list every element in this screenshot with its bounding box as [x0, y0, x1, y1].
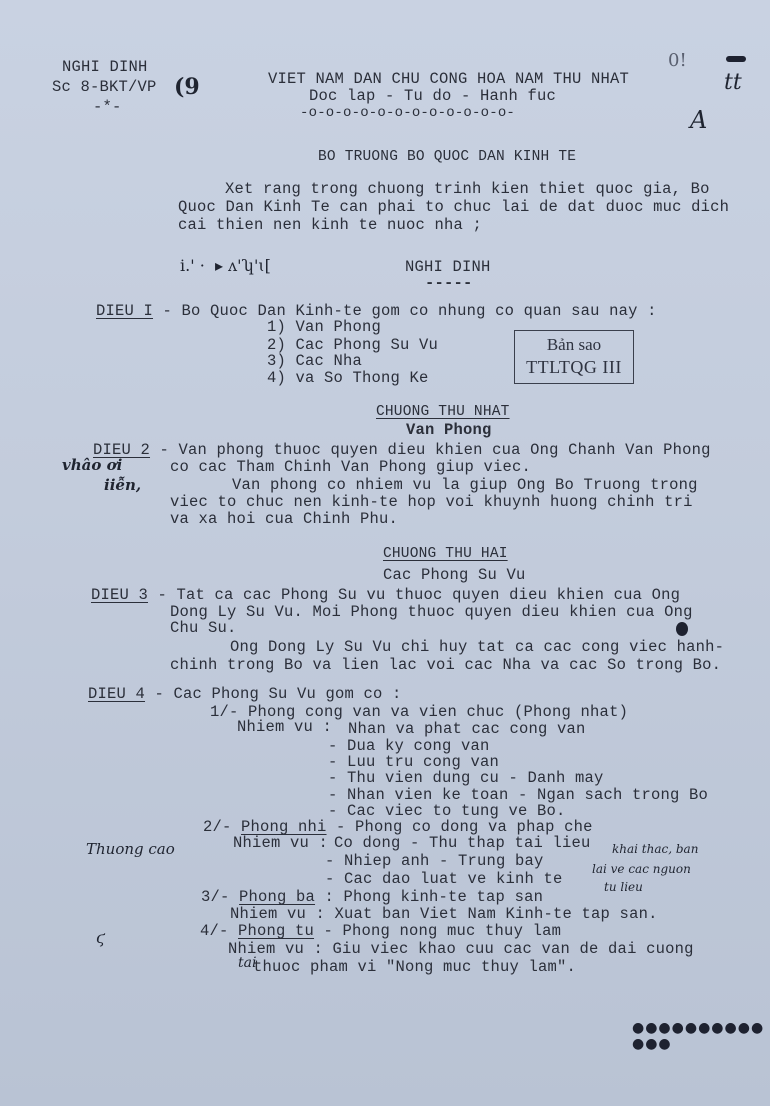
office-2-duty-2: - Nhiep anh - Trung bay — [325, 852, 544, 870]
country-name: VIET NAM DAN CHU CONG HOA NAM THU NHAT — [268, 70, 629, 88]
article-2-line-5: va xa hoi cua Chinh Phu. — [170, 510, 398, 528]
handwritten-note-right-2: lai ve cac nguon — [592, 862, 691, 876]
article-3-label: DIEU 3 — [91, 586, 148, 604]
article-3-line-1: DIEU 3 - Tat ca cac Phong Su vu thuoc qu… — [91, 586, 680, 604]
office-3-duties: Nhiem vu : Xuat ban Viet Nam Kinh-te tap… — [230, 905, 658, 923]
article-3-line-2: Dong Ly Su Vu. Moi Phong thuoc quyen die… — [170, 603, 693, 621]
preamble-line-1: Xet rang trong chuong trinh kien thiet q… — [225, 180, 710, 198]
article-3-line-3: Chu Su. — [170, 619, 237, 637]
header-divider: -o-o-o-o-o-o-o-o-o-o-o-o- — [300, 104, 515, 122]
office-3-name: Phong ba — [239, 888, 315, 906]
archive-copy-stamp: Bản sao TTLTQG III — [514, 330, 634, 384]
handwritten-scribble: i.' · ▸ ʌ'ʮ'ɩ[ — [180, 256, 271, 275]
continuation-dots: ●●●●●●●●●● ●●● — [632, 1020, 770, 1052]
article-2-line-2: co cac Tham Chinh Van Phong giup viec. — [170, 458, 531, 476]
office-3-desc: : Phong kinh-te tap san — [315, 888, 543, 906]
ink-smudge — [726, 56, 746, 62]
handwritten-note-bottom-left: tai — [238, 955, 256, 971]
office-4-duties-line-1: Nhiem vu : Giu viec khao cuu cac van de … — [228, 940, 694, 958]
office-4-name: Phong tu — [238, 922, 314, 940]
article-3-line-5: chinh trong Bo va lien lac voi cac Nha v… — [170, 656, 721, 674]
office-2-duty-1: Co dong - Thu thap tai lieu — [334, 834, 591, 852]
decree-type: NGHI DINH — [62, 58, 148, 76]
office-4-title: 4/- Phong tu - Phong nong muc thuy lam — [200, 922, 561, 940]
national-motto: Doc lap - Tu do - Hanh fuc — [309, 87, 556, 105]
handwritten-margin-note-thuong-cao: Thuong cao — [86, 840, 175, 858]
annotation-mark-3: A — [690, 106, 707, 134]
office-4-duties-line-2: thuoc pham vi "Nong muc thuy lam". — [253, 958, 576, 976]
preamble-line-2: Quoc Dan Kinh Te can phai to chuc lai de… — [178, 198, 729, 216]
issuing-authority: BO TRUONG BO QUOC DAN KINH TE — [318, 148, 576, 166]
article-4-intro: DIEU 4 - Cac Phong Su Vu gom co : — [88, 685, 402, 703]
chapter-1-subtitle: Van Phong — [406, 421, 492, 439]
ink-blot — [676, 622, 688, 636]
stamp-line-2: TTLTQG III — [515, 356, 633, 378]
handwritten-tick-mark: ϛ — [96, 928, 105, 947]
article-1-text: - Bo Quoc Dan Kinh-te gom co nhung co qu… — [153, 302, 657, 320]
article-2-line-1: DIEU 2 - Van phong thuoc quyen dieu khie… — [93, 441, 711, 459]
office-2-duty-3: - Cac dao luat ve kinh te — [325, 870, 563, 888]
office-1-duties-label: Nhiem vu : — [237, 718, 332, 736]
annotation-mark-1: 0! — [668, 50, 687, 71]
article-1-item-3: 3) Cac Nha — [267, 352, 362, 370]
handwritten-note-right-1: khai thac, ban — [612, 842, 698, 856]
article-1-item-1: 1) Van Phong — [267, 318, 381, 336]
article-1-label: DIEU I — [96, 302, 153, 320]
decree-heading-rule: ----- — [425, 274, 473, 292]
handwritten-number-mark: (9 — [174, 74, 200, 100]
annotation-mark-2: tt — [724, 70, 742, 95]
article-2-text: - Van phong thuoc quyen dieu khien cua O… — [150, 441, 711, 459]
header-ornament: -*- — [93, 98, 122, 116]
article-2-line-4: viec to chuc nen kinh-te hop voi khuynh … — [170, 493, 693, 511]
office-3-number: 3/- — [201, 888, 239, 906]
article-3-text: - Tat ca cac Phong Su vu thuoc quyen die… — [148, 586, 680, 604]
chapter-2-subtitle: Cac Phong Su Vu — [383, 566, 526, 584]
office-4-desc: - Phong nong muc thuy lam — [314, 922, 561, 940]
handwritten-note-right-3: tu lieu — [604, 880, 643, 894]
office-1-duty-4: - Thu vien dung cu - Danh may — [328, 769, 604, 787]
article-1-item-4: 4) va So Thong Ke — [267, 369, 429, 387]
handwritten-margin-note-1: vhâo ơi — [62, 456, 122, 474]
decree-number: Sc 8-BKT/VP — [52, 78, 157, 96]
office-1-duty-1: Nhan va phat cac cong van — [348, 720, 586, 738]
office-2-duties-label: Nhiem vu : — [233, 834, 328, 852]
article-2-line-3: Van phong co nhiem vu la giup Ong Bo Tru… — [232, 476, 698, 494]
chapter-2-title: CHUONG THU HAI — [383, 545, 508, 563]
office-3-title: 3/- Phong ba : Phong kinh-te tap san — [201, 888, 543, 906]
preamble-line-3: cai thien nen kinh te nuoc nha ; — [178, 216, 482, 234]
article-4-label: DIEU 4 — [88, 685, 145, 703]
handwritten-margin-note-2: iiễn, — [104, 476, 141, 494]
stamp-line-1: Bản sao — [515, 334, 633, 356]
office-4-number: 4/- — [200, 922, 238, 940]
article-4-text: - Cac Phong Su Vu gom co : — [145, 685, 402, 703]
chapter-1-title: CHUONG THU NHAT — [376, 403, 510, 421]
article-3-line-4: Ong Dong Ly Su Vu chi huy tat ca cac con… — [230, 638, 724, 656]
